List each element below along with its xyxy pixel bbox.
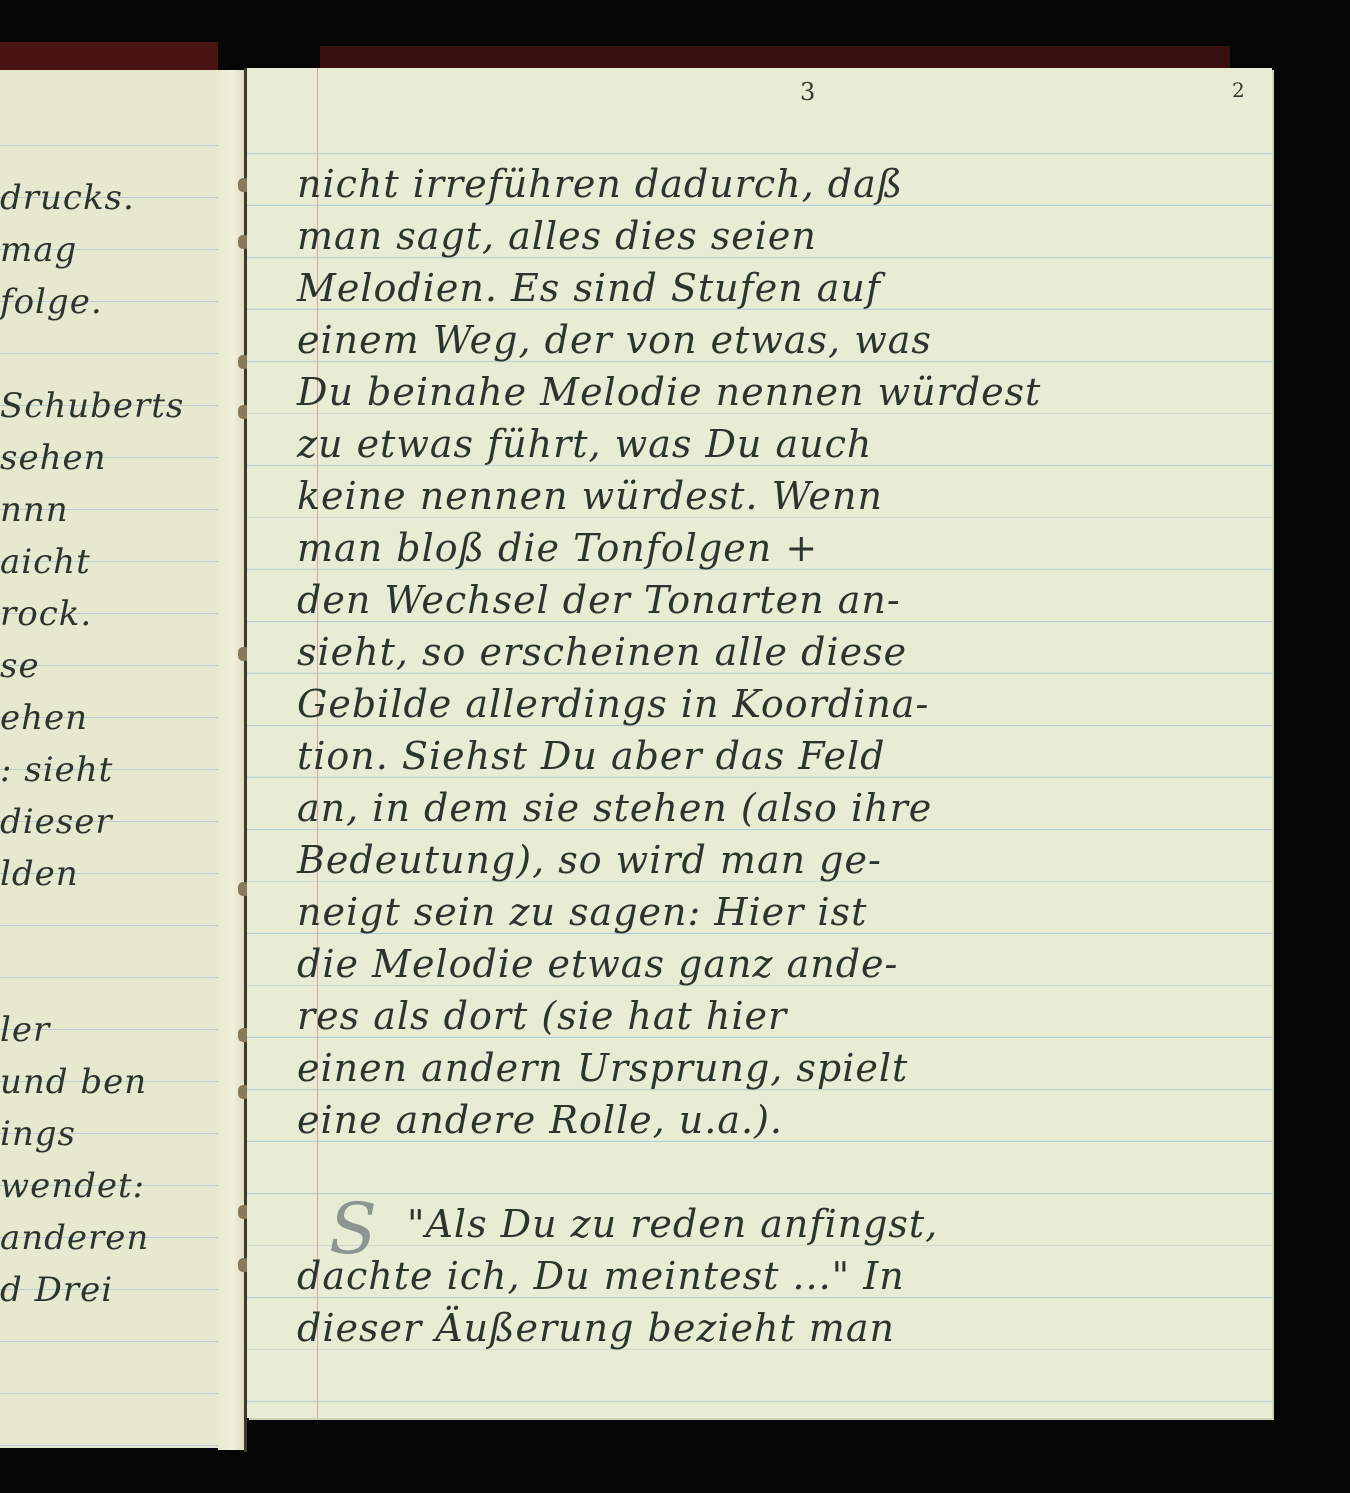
left-line: [0, 952, 184, 1004]
left-line: folge.: [0, 276, 184, 328]
right-page-text: nicht irreführen dadurch, daß man sagt, …: [297, 158, 1041, 1354]
text-line: "Als Du zu reden anfingst,: [297, 1198, 1041, 1250]
text-line: den Wechsel der Tonarten an-: [297, 574, 1041, 626]
text-line: keine nennen würdest. Wenn: [297, 470, 1041, 522]
left-line: : sieht: [0, 744, 184, 796]
text-line: einem Weg, der von etwas, was: [297, 314, 1041, 366]
left-line: und ben: [0, 1056, 184, 1108]
left-line: mag: [0, 224, 184, 276]
left-line: drucks.: [0, 172, 184, 224]
text-line: dachte ich, Du meintest ..." In: [297, 1250, 1041, 1302]
text-line: zu etwas führt, was Du auch: [297, 418, 1041, 470]
text-line: res als dort (sie hat hier: [297, 990, 1041, 1042]
text-line: tion. Siehst Du aber das Feld: [297, 730, 1041, 782]
text-line: man bloß die Tonfolgen +: [297, 522, 1041, 574]
left-line: dieser: [0, 796, 184, 848]
text-line: eine andere Rolle, u.a.).: [297, 1094, 1041, 1146]
left-line: rock.: [0, 588, 184, 640]
text-line: einen andern Ursprung, spielt: [297, 1042, 1041, 1094]
left-line: nnn: [0, 484, 184, 536]
notebook-cover-top-left: [0, 42, 218, 72]
section-mark: S: [329, 1188, 377, 1270]
left-line: anderen: [0, 1212, 184, 1264]
page-number-corner: 2: [1232, 78, 1245, 102]
left-line: sehen: [0, 432, 184, 484]
left-line: [0, 328, 184, 380]
left-line: ler: [0, 1004, 184, 1056]
text-line: Gebilde allerdings in Koordina-: [297, 678, 1041, 730]
right-page: 3 2 nicht irreführen dadurch, daß man sa…: [247, 68, 1272, 1418]
notebook-cover-top-right: [320, 46, 1230, 70]
text-line: an, in dem sie stehen (also ihre: [297, 782, 1041, 834]
text-line: neigt sein zu sagen: Hier ist: [297, 886, 1041, 938]
left-line: lden: [0, 848, 184, 900]
left-line: Schuberts: [0, 380, 184, 432]
left-line: wendet:: [0, 1160, 184, 1212]
left-page: drucks. mag folge. Schuberts sehen nnn a…: [0, 70, 238, 1448]
text-line: Melodien. Es sind Stufen auf: [297, 262, 1041, 314]
text-line: man sagt, alles dies seien: [297, 210, 1041, 262]
left-line: ings: [0, 1108, 184, 1160]
text-line: [297, 1146, 1041, 1198]
text-line: dieser Äußerung bezieht man: [297, 1302, 1041, 1354]
left-line: d Drei: [0, 1264, 184, 1316]
left-line: [0, 900, 184, 952]
text-line: die Melodie etwas ganz ande-: [297, 938, 1041, 990]
left-line: se: [0, 640, 184, 692]
left-page-text: drucks. mag folge. Schuberts sehen nnn a…: [0, 172, 184, 1316]
left-line: ehen: [0, 692, 184, 744]
text-line: nicht irreführen dadurch, daß: [297, 158, 1041, 210]
text-line: Bedeutung), so wird man ge-: [297, 834, 1041, 886]
text-line: sieht, so erscheinen alle diese: [297, 626, 1041, 678]
gutter: [218, 70, 246, 1450]
page-number: 3: [800, 78, 815, 106]
text-line: Du beinahe Melodie nennen würdest: [297, 366, 1041, 418]
left-line: aicht: [0, 536, 184, 588]
